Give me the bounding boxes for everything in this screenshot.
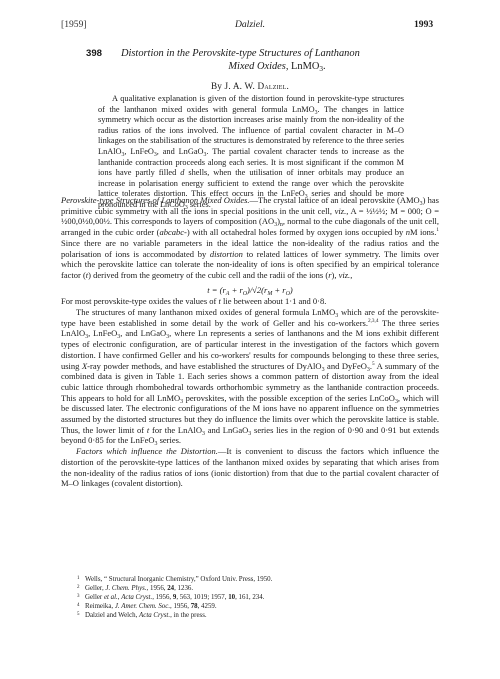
footnote-2: 2Geller, J. Chem. Phys., 1956, 24, 1236. <box>77 584 417 593</box>
section-1-paragraph-3: The structures of many lanthanon mixed o… <box>61 307 439 446</box>
article-title: Distortion in the Perovskite-type Struct… <box>121 47 441 73</box>
section-heading: Factors which influence the Distortion. <box>76 446 218 456</box>
section-1-paragraph-1: Perovskite-type Structures of Lanthanon … <box>61 195 439 281</box>
byline: By J. A. W. Dalziel. <box>0 81 500 91</box>
page-number: 1993 <box>414 19 433 30</box>
author-name: Dalziel. <box>258 81 290 91</box>
abstract: A qualitative explanation is given of th… <box>98 94 404 211</box>
footnotes: 1Wells, “ Structural Inorganic Chemistry… <box>77 575 417 620</box>
footnote-4: 4Reimeika, J. Amer. Chem. Soc., 1956, 78… <box>77 602 417 611</box>
footnote-ref: 2,3,4 <box>368 318 379 324</box>
body-text: Perovskite-type Structures of Lanthanon … <box>61 195 439 489</box>
section-1-paragraph-2: For most perovskite-type oxides the valu… <box>61 296 439 307</box>
section-heading: Perovskite-type Structures of Lanthanon … <box>61 195 250 205</box>
article-number: 398 <box>86 48 102 59</box>
abstract-paragraph: A qualitative explanation is given of th… <box>98 94 404 211</box>
title-line-1: Distortion in the Perovskite-type Struct… <box>121 48 360 59</box>
section-2-paragraph-1: Factors which influence the Distortion.—… <box>61 446 439 489</box>
tolerance-factor-equation: t = (rA + rO)/√2(rM + rO) <box>61 285 439 296</box>
footnote-3: 3Geller et al., Acta Cryst., 1956, 9, 56… <box>77 593 417 602</box>
footnote-1: 1Wells, “ Structural Inorganic Chemistry… <box>77 575 417 584</box>
title-line-2: Mixed Oxides, LnMO3. <box>121 60 441 73</box>
footnote-ref: 1 <box>436 227 439 233</box>
footnote-5: 5Dalziel and Welch, Acta Cryst., in the … <box>77 611 417 620</box>
